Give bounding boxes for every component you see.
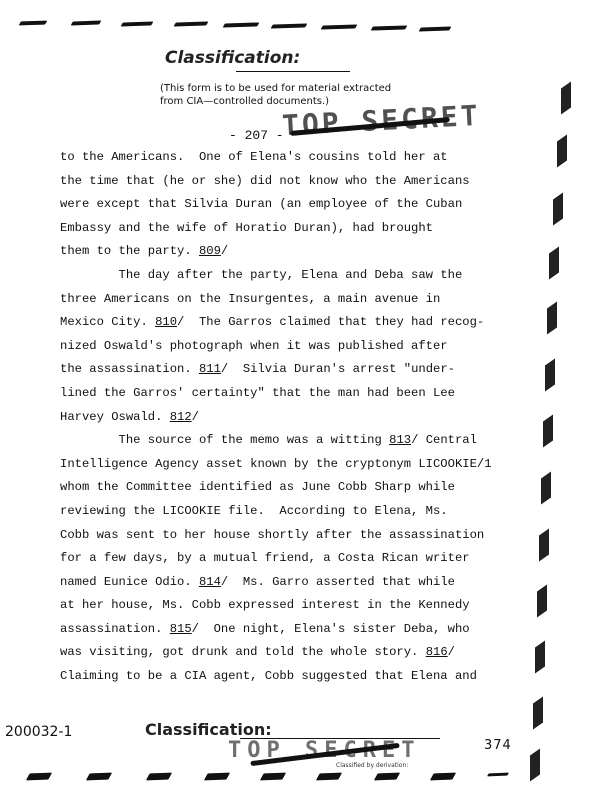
footnote-ref: 809 xyxy=(199,244,221,258)
document-body: to the Americans. One of Elena's cousins… xyxy=(60,146,530,689)
page-number: - 207 - xyxy=(229,128,284,143)
text-line: Intelligence Agency asset known by the c… xyxy=(60,453,530,477)
text-line: to the Americans. One of Elena's cousins… xyxy=(60,146,530,170)
text-line: The day after the party, Elena and Deba … xyxy=(60,264,530,288)
footnote-ref: 810 xyxy=(155,315,177,329)
text-line: The source of the memo was a witting 813… xyxy=(60,429,530,453)
text-line: assassination. 815/ One night, Elena's s… xyxy=(60,618,530,642)
top-border-marks xyxy=(0,18,612,32)
text-line: the time that (he or she) did not know w… xyxy=(60,170,530,194)
text-line: whom the Committee identified as June Co… xyxy=(60,476,530,500)
form-note-line-1: (This form is to be used for material ex… xyxy=(160,82,391,95)
footnote-ref: 816 xyxy=(426,645,448,659)
text-line: was visiting, got drunk and told the who… xyxy=(60,641,530,665)
classification-label-bottom: Classification: xyxy=(145,720,272,739)
page-number-bottom: 374 xyxy=(484,738,512,753)
footnote-ref: 813 xyxy=(389,433,411,447)
footnote-ref: 815 xyxy=(170,622,192,636)
text-line: three Americans on the Insurgentes, a ma… xyxy=(60,288,530,312)
footnote-ref: 811 xyxy=(199,362,221,376)
footnote-ref: 812 xyxy=(170,410,192,424)
form-note: (This form is to be used for material ex… xyxy=(160,82,391,108)
text-line: lined the Garros' certainty" that the ma… xyxy=(60,382,530,406)
text-line: at her house, Ms. Cobb expressed interes… xyxy=(60,594,530,618)
text-line: named Eunice Odio. 814/ Ms. Garro assert… xyxy=(60,571,530,595)
text-line: were except that Silvia Duran (an employ… xyxy=(60,193,530,217)
text-line: nized Oswald's photograph when it was pu… xyxy=(60,335,530,359)
text-line: Claiming to be a CIA agent, Cobb suggest… xyxy=(60,665,530,689)
text-line: Embassy and the wife of Horatio Duran), … xyxy=(60,217,530,241)
text-line: Mexico City. 810/ The Garros claimed tha… xyxy=(60,311,530,335)
text-line: for a few days, by a mutual friend, a Co… xyxy=(60,547,530,571)
text-line: the assassination. 811/ Silvia Duran's a… xyxy=(60,358,530,382)
footnote-ref: 814 xyxy=(199,575,221,589)
text-line: them to the party. 809/ xyxy=(60,240,530,264)
text-line: reviewing the LICOOKIE file. According t… xyxy=(60,500,530,524)
classification-label-top: Classification: xyxy=(165,48,300,68)
derivative-label: Classified by derivation: xyxy=(336,762,408,769)
text-line: Cobb was sent to her house shortly after… xyxy=(60,524,530,548)
classification-line-top xyxy=(236,71,350,72)
text-line: Harvey Oswald. 812/ xyxy=(60,406,530,430)
document-id: 200032-1 xyxy=(5,724,72,740)
bottom-border-marks xyxy=(0,773,612,787)
